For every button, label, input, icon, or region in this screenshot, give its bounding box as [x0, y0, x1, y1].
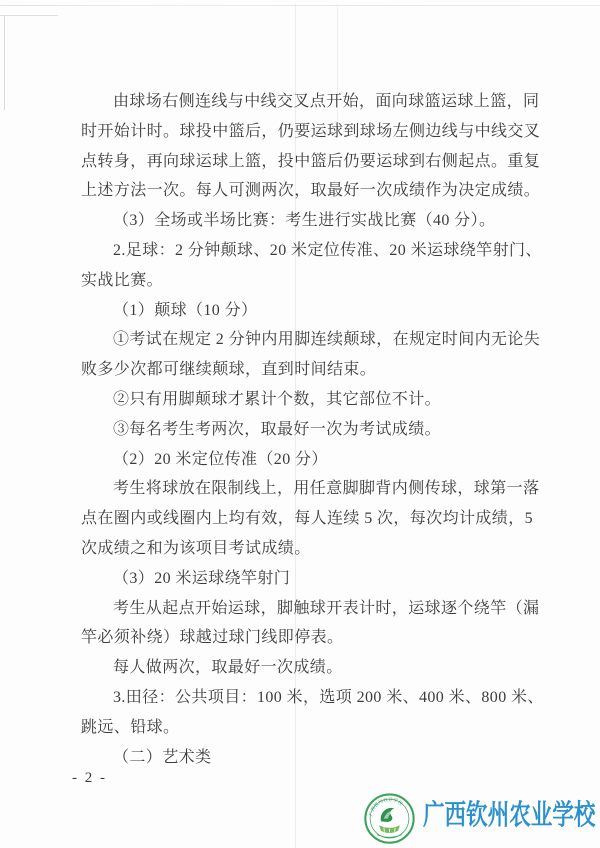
text-line: 点在圈内或线圈内上均有效，每人连续 5 次，每次均计成绩，5: [81, 504, 547, 534]
text-line: 考生将球放在限制线上，用任意脚脚背内侧传球，球第一落: [81, 474, 547, 504]
text-line: （3）全场或半场比赛：考生进行实战比赛（40 分）。: [81, 206, 547, 236]
scan-edge-artifact-top: [0, 5, 600, 6]
scanned-document-page: 由球场右侧连线与中线交叉点开始，面向球篮运球上篮，同时开始计时。球投中篮后，仍要…: [0, 0, 600, 848]
text-line: （2）20 米定位传准（20 分）: [81, 445, 547, 475]
text-line: （1）颠球（10 分）: [81, 296, 547, 326]
text-line: ②只有用脚颠球才累计个数，其它部位不计。: [81, 385, 547, 415]
text-line: 3.田径：公共项目：100 米，选项 200 米、400 米、800 米、: [81, 683, 547, 713]
text-line: 时开始计时。球投中篮后，仍要运球到球场左侧边线与中线交叉: [81, 117, 547, 147]
scan-edge-artifact-corner-vertical: [4, 15, 5, 110]
text-line: 点转身，再向球运球上篮，投中篮后仍要运球到右侧起点。重复: [81, 147, 547, 177]
text-line: （二）艺术类: [81, 743, 547, 773]
text-line: 2.足球：2 分钟颠球、20 米定位传准、20 米运球绕竿射门、: [81, 236, 547, 266]
text-line: 每人做两次，取最好一次成绩。: [81, 653, 547, 683]
page-number: - 2 -: [72, 770, 107, 787]
text-line: ③每名考生考两次，取最好一次为考试成绩。: [81, 415, 547, 445]
school-emblem-icon: 广西钦州农业学校: [363, 792, 416, 848]
school-name-text: 广西钦州农业学校: [423, 800, 595, 830]
text-line: ①考试在规定 2 分钟内用脚连续颠球，在规定时间内无论失: [81, 325, 547, 355]
text-line: （3）20 米运球绕竿射门: [81, 564, 547, 594]
scan-edge-artifact-corner-horizontal: [0, 15, 58, 16]
text-line: 次成绩之和为该项目考试成绩。: [81, 534, 547, 564]
text-line: 由球场右侧连线与中线交叉点开始，面向球篮运球上篮，同: [81, 87, 547, 117]
document-text-block: 由球场右侧连线与中线交叉点开始，面向球篮运球上篮，同时开始计时。球投中篮后，仍要…: [81, 87, 547, 772]
text-line: 败多少次都可继续颠球，直到时间结束。: [81, 355, 547, 385]
text-line: 实战比赛。: [81, 266, 547, 296]
text-line: 跳远、铅球。: [81, 713, 547, 743]
text-line: 竿必须补绕）球越过球门线即停表。: [81, 623, 547, 653]
text-line: 考生从起点开始运球，脚触球开表计时，运球逐个绕竿（漏: [81, 594, 547, 624]
school-watermark: 广西钦州农业学校 广西钦州农业学校: [363, 792, 600, 848]
text-line: 上述方法一次。每人可测两次，取最好一次成绩作为决定成绩。: [81, 176, 547, 206]
